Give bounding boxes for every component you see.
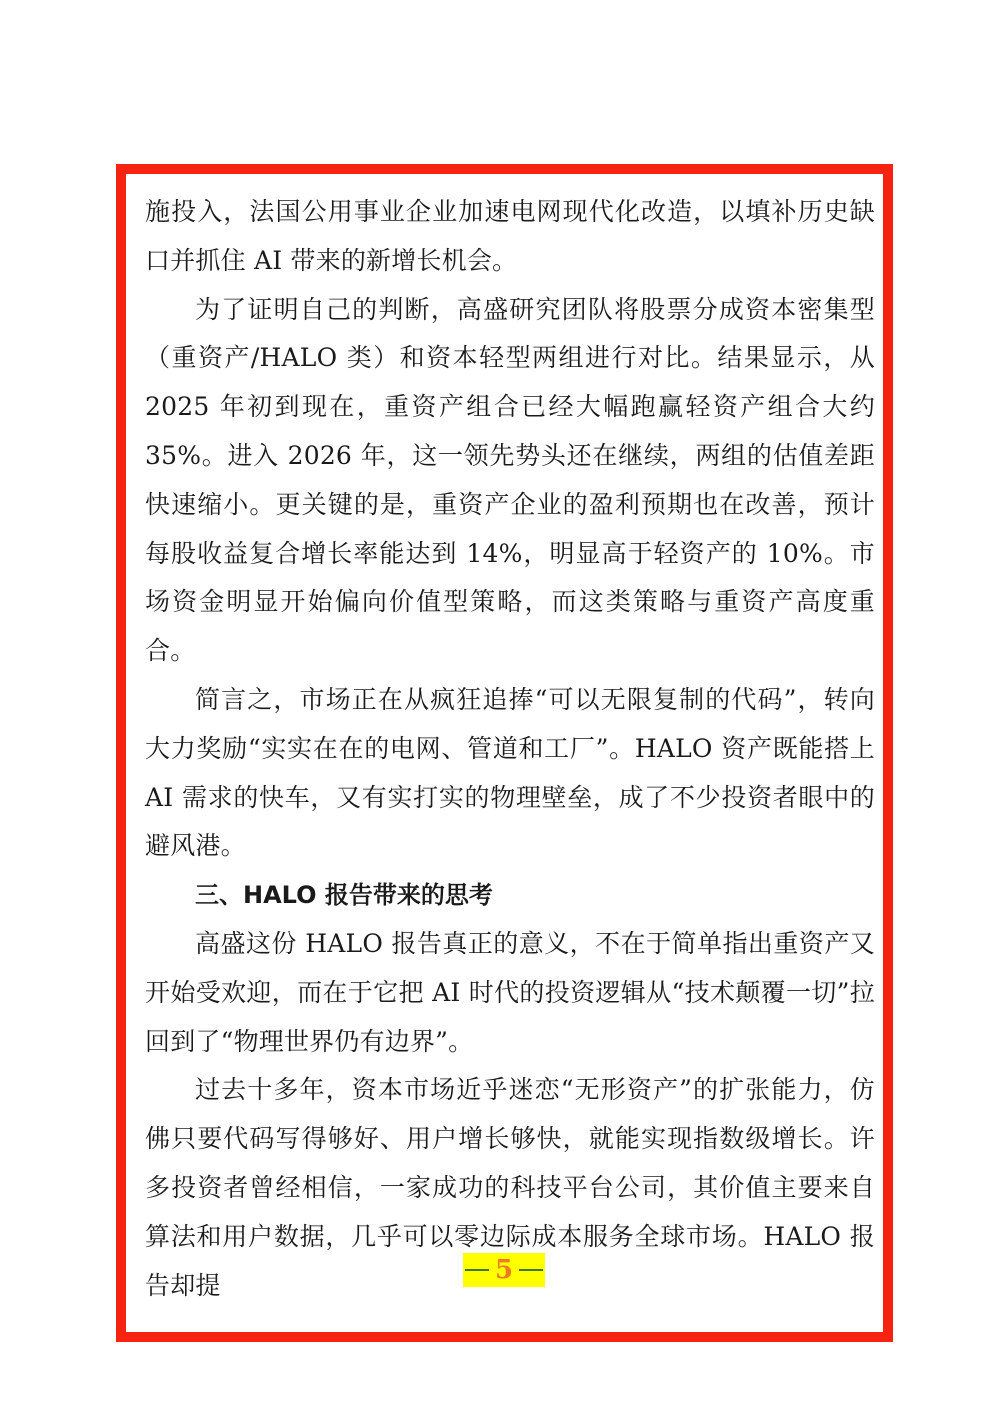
dash-right-icon <box>519 1269 543 1271</box>
page-frame: 施投入，法国公用事业企业加速电网现代化改造，以填补历史缺口并抓住 AI 带来的新… <box>116 164 893 1342</box>
paragraph-summary: 简言之，市场正在从疯狂追捧“可以无限复制的代码”，转向大力奖励“实实在在的电网、… <box>145 676 875 871</box>
paragraph-continued: 施投入，法国公用事业企业加速电网现代化改造，以填补历史缺口并抓住 AI 带来的新… <box>145 188 875 286</box>
page-number: 5 <box>495 1257 513 1283</box>
page-number-badge: 5 <box>463 1253 545 1287</box>
paragraph-goldman-comparison: 为了证明自己的判断，高盛研究团队将股票分成资本密集型（重资产/HALO 类）和资… <box>145 286 875 676</box>
section-heading: 三、HALO 报告带来的思考 <box>145 871 875 920</box>
paragraph-report-meaning: 高盛这份 HALO 报告真正的意义，不在于简单指出重资产又开始受欢迎，而在于它把… <box>145 920 875 1066</box>
dash-left-icon <box>465 1269 489 1271</box>
page-content: 施投入，法国公用事业企业加速电网现代化改造，以填补历史缺口并抓住 AI 带来的新… <box>145 188 875 1310</box>
